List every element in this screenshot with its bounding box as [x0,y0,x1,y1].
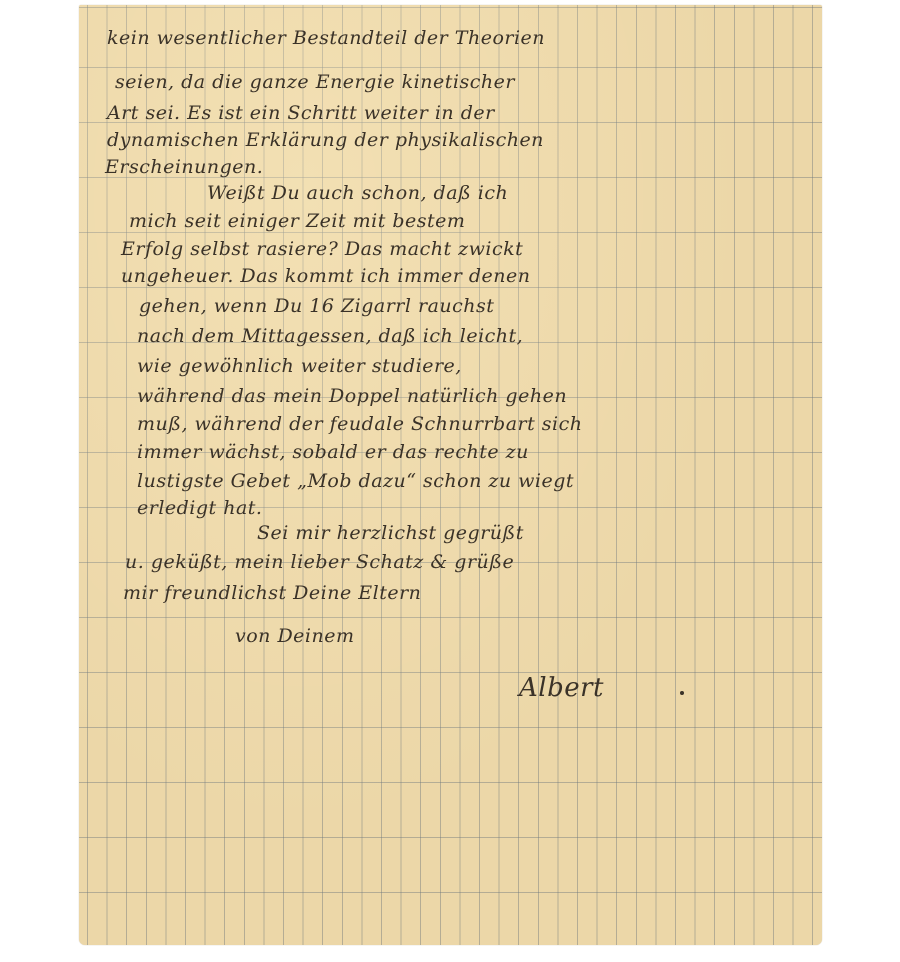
letter-line: Weißt Du auch schon, daß ich [207,182,508,204]
letter-line: nach dem Mittagessen, daß ich leicht, [137,325,523,347]
letter-line: wie gewöhnlich weiter studiere, [137,355,462,377]
letter-line: seien, da die ganze Energie kinetischer [115,71,515,93]
letter-line: Sei mir herzlichst gegrüßt [257,522,524,544]
letter-line: lustigste Gebet „Mob dazu“ schon zu wieg… [137,470,574,492]
letter-line: dynamischen Erklärung der physikalischen [107,129,544,151]
letter-line: von Deinem [235,625,355,647]
letter-line: während das mein Doppel natürlich gehen [137,385,567,407]
letter-line: Erscheinungen. [105,156,263,178]
letter-line: ungeheuer. Das kommt ich immer denen [121,265,531,287]
letter-line: u. geküßt, mein lieber Schatz & grüße [125,551,514,573]
letter-line: muß, während der feudale Schnurrbart sic… [137,413,583,435]
signature-period [680,691,684,695]
letter-line: Art sei. Es ist ein Schritt weiter in de… [107,102,495,124]
letter-line: immer wächst, sobald er das rechte zu [137,441,529,463]
letter-line: kein wesentlicher Bestandteil der Theori… [107,27,545,49]
letter-sheet: kein wesentlicher Bestandteil der Theori… [79,5,822,945]
letter-line: mich seit einiger Zeit mit bestem [129,210,465,232]
letter-line: gehen, wenn Du 16 Zigarrl rauchst [139,295,494,317]
letter-line: erledigt hat. [137,497,262,519]
signature: Albert [519,673,604,703]
letter-line: Erfolg selbst rasiere? Das macht zwickt [121,238,523,260]
letter-line: mir freundlichst Deine Eltern [123,582,421,604]
